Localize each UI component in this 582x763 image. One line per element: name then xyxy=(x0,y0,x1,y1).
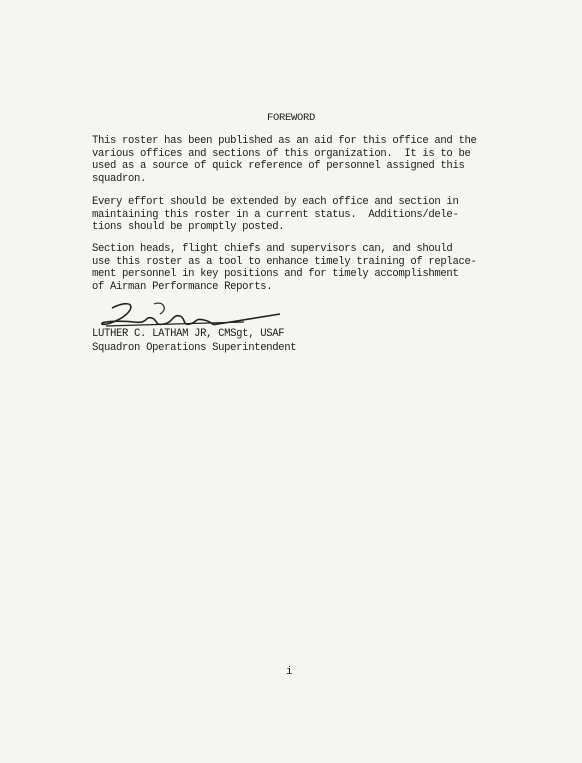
page-number: i xyxy=(286,666,293,678)
signatory-name: LUTHER C. LATHAM JR, CMSgt, USAF xyxy=(92,328,284,341)
paragraph-2: Every effort should be extended by each … xyxy=(92,196,492,234)
document-title: FOREWORD xyxy=(0,112,582,124)
signatory-position: Squadron Operations Superintendent xyxy=(92,342,296,354)
document-page: FOREWORD This roster has been published … xyxy=(0,0,582,763)
paragraph-1: This roster has been published as an aid… xyxy=(92,135,492,185)
paragraph-3: Section heads, flight chiefs and supervi… xyxy=(92,243,492,293)
